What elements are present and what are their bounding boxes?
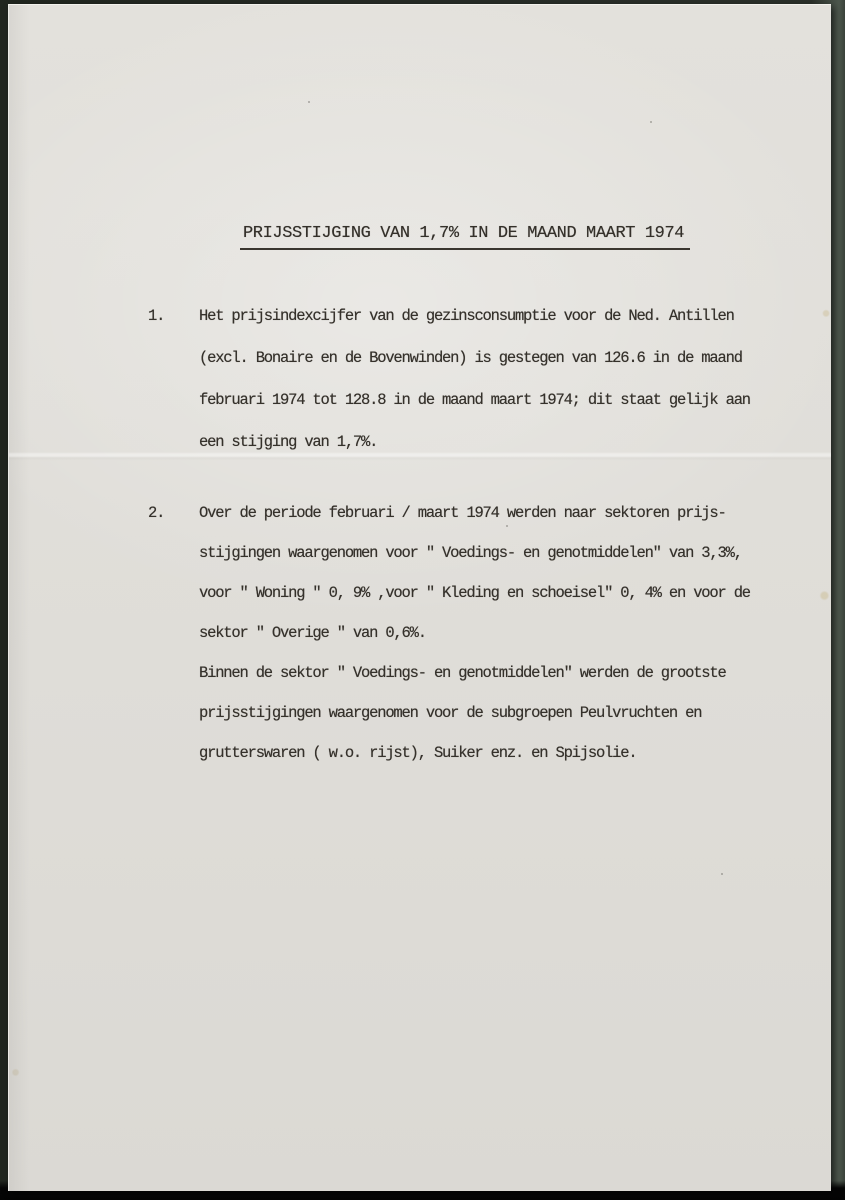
text-line: Het prijsindexcijfer van de gezinsconsum… bbox=[199, 295, 750, 337]
text-line: Binnen de sektor " Voedings- en genotmid… bbox=[199, 653, 750, 693]
numbered-paragraph-2: 2. Over de periode februari / maart 1974… bbox=[148, 493, 750, 773]
numbered-paragraph-1: 1. Het prijsindexcijfer van de gezinscon… bbox=[148, 295, 750, 463]
paragraph-number: 1. bbox=[148, 295, 199, 337]
document-page: PRIJSSTIJGING VAN 1,7% IN DE MAAND MAART… bbox=[8, 4, 831, 1191]
paper-speck bbox=[650, 121, 652, 123]
text-line: februari 1974 tot 128.8 in de maand maar… bbox=[199, 379, 750, 421]
text-line: sektor " Overige " van 0,6%. bbox=[199, 613, 750, 653]
text-line: grutterswaren ( w.o. rijst), Suiker enz.… bbox=[199, 733, 750, 773]
paper-speck bbox=[308, 101, 310, 103]
paragraph-lines: Over de periode februari / maart 1974 we… bbox=[199, 493, 750, 773]
paragraph-number: 2. bbox=[148, 493, 199, 533]
text-line: stijgingen waargenomen voor " Voedings- … bbox=[199, 533, 750, 573]
text-line: Over de periode februari / maart 1974 we… bbox=[199, 493, 750, 533]
text-line: (excl. Bonaire en de Bovenwinden) is ges… bbox=[199, 337, 750, 379]
paper-speck bbox=[721, 873, 723, 875]
document-title: PRIJSSTIJGING VAN 1,7% IN DE MAAND MAART… bbox=[240, 224, 690, 250]
text-line: een stijging van 1,7%. bbox=[199, 421, 750, 463]
paragraph-lines: Het prijsindexcijfer van de gezinsconsum… bbox=[199, 295, 750, 463]
text-line: voor " Woning " 0, 9% ,voor " Kleding en… bbox=[199, 573, 750, 613]
text-line: prijsstijgingen waargenomen voor de subg… bbox=[199, 693, 750, 733]
scanned-document-view: PRIJSSTIJGING VAN 1,7% IN DE MAAND MAART… bbox=[0, 0, 845, 1200]
